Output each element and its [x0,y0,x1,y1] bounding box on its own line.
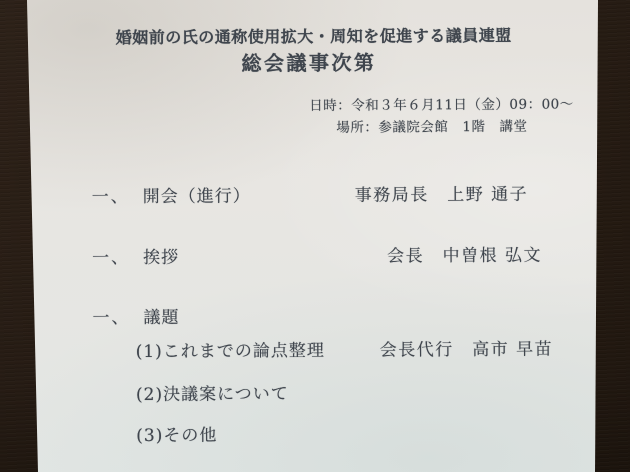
agenda-label: 挨拶 [143,243,179,268]
sub-item-row: (3)その他 [1,418,630,444]
sub-item-row: (2)決議案について [1,377,630,403]
agenda-person: 会長 中曽根 弘文 [387,241,542,267]
sub-item-label: (1)これまでの論点整理 [136,336,325,362]
sub-item-label: (2)決議案について [136,379,289,405]
doc-title: 総会議事次第 [29,45,589,77]
document-content: 婚姻前の氏の通称使用拡大・周知を促進する議員連盟 総会議事次第 日時：令和３年６… [0,0,630,472]
place-line: 場所：参議院会館 1階 講堂 [336,115,527,136]
agenda-marker: 一、 [92,182,130,207]
league-title: 婚姻前の氏の通称使用拡大・周知を促進する議員連盟 [29,22,599,48]
sub-item-row: (1)これまでの論点整理 会長代行 高市 早苗 [1,334,630,360]
agenda-label: 議題 [143,303,179,328]
document-photo: 婚姻前の氏の通称使用拡大・周知を促進する議員連盟 総会議事次第 日時：令和３年６… [0,0,630,472]
agenda-row-opening: 一、 開会（進行） 事務局長 上野 通子 [0,179,630,205]
agenda-person: 事務局長 上野 通子 [355,180,529,206]
agenda-marker: 一、 [92,243,130,268]
agenda-marker: 一、 [92,303,130,328]
datetime-line: 日時：令和３年６月11日（金）09：00～ [309,92,574,114]
agenda-label: 開会（進行） [143,181,251,207]
agenda-row-greeting: 一、 挨拶 会長 中曽根 弘文 [0,240,630,266]
sub-item-label: (3)その他 [136,421,217,446]
agenda-row-topics: 一、 議題 [0,300,630,326]
sub-item-person: 会長代行 高市 早苗 [380,335,554,361]
